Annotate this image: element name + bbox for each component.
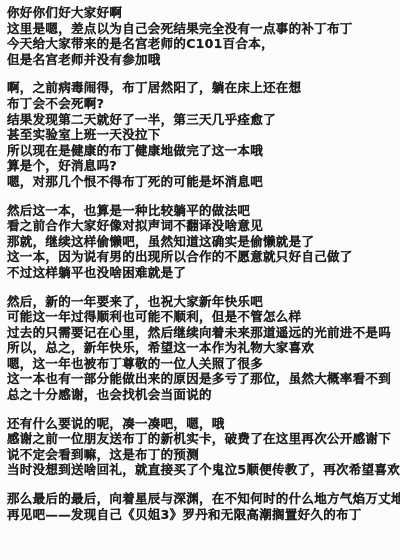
text-line: 然后这一本，也算是一种比较躺平的做法吧 — [7, 203, 396, 219]
text-line: 这一本，因为说有男的出现所以合作的不愿意就只好自己做了 — [7, 249, 396, 265]
text-line: 所以，总之，新年快乐，希望这一本作为礼物大家喜欢 — [7, 340, 396, 356]
text-line: 甚至实验室上班一天没拉下 — [7, 127, 396, 143]
text-line: 你好你们好大家好啊 — [7, 5, 396, 21]
text-line: 但是名宫老师并没有参加哦 — [7, 52, 396, 68]
text-line: 嗯，对那几个恨不得布丁死的可能是坏消息吧 — [7, 174, 396, 190]
text-line: 可能这一年过得顺利也可能不顺利，但是不管怎么样 — [7, 309, 396, 325]
text-line: 感谢之前一位朋友送布丁的新机实卡，破费了在这里再次公开感谢下 — [7, 431, 396, 447]
paragraph-illness: 啊，之前病毒闹得，布丁居然阳了，躺在床上还在想 布丁会不会死啊? 结果发现第二天… — [7, 80, 396, 189]
text-line: 这里是嗯，差点以为自己会死结果完全没有一点事的补丁布丁 — [7, 21, 396, 37]
document-page: 你好你们好大家好啊 这里是嗯，差点以为自己会死结果完全没有一点事的补丁布丁 今天… — [0, 0, 400, 560]
text-line: 布丁会不会死啊? — [7, 96, 396, 112]
text-line: 说不定会看到嘛，这是布丁的预测 — [7, 447, 396, 463]
paragraph-farewell: 那么最后的最后，向着星辰与深渊，在不知何时的什么地方气焰万丈地 再见吧——发现自… — [7, 491, 396, 522]
paragraph-greeting: 你好你们好大家好啊 这里是嗯，差点以为自己会死结果完全没有一点事的补丁布丁 今天… — [7, 5, 396, 67]
text-line: 今天给大家带来的是名宫老师的C101百合本， — [7, 36, 396, 52]
text-line: 那就，继续这样偷懒吧，虽然知道这确实是偷懒就是了 — [7, 234, 396, 250]
text-line: 啊，之前病毒闹得，布丁居然阳了，躺在床上还在想 — [7, 80, 396, 96]
text-line: 不过这样躺平也没啥困难就是了 — [7, 265, 396, 281]
text-line: 然后，新的一年要来了，也祝大家新年快乐吧 — [7, 294, 396, 310]
text-line: 算是个，好消息吗? — [7, 158, 396, 174]
text-line: 结果发现第二天就好了一半，第三天几乎痊愈了 — [7, 112, 396, 128]
paragraph-this-book: 然后这一本，也算是一种比较躺平的做法吧 看之前合作大家好像对拟声词不翻译没啥意见… — [7, 203, 396, 281]
text-line: 嗯，这一年也被布丁尊敬的一位人关照了很多 — [7, 356, 396, 372]
paragraph-thanks-friend: 还有什么要说的呢，凑一凑吧，嗯，哦 感谢之前一位朋友送布丁的新机实卡，破费了在这… — [7, 416, 396, 478]
text-line: 当时没想到送啥回礼，就直接买了个鬼泣5顺便传教了，再次希望喜欢 — [7, 462, 396, 478]
text-line: 所以现在是健康的布丁健康地做完了这一本哦 — [7, 143, 396, 159]
text-line: 还有什么要说的呢，凑一凑吧，嗯，哦 — [7, 416, 396, 432]
text-line: 这一本也有一部分能做出来的原因是多亏了那位，虽然大概率看不到 — [7, 371, 396, 387]
text-line: 看之前合作大家好像对拟声词不翻译没啥意见 — [7, 218, 396, 234]
text-line: 总之十分感谢，也会找机会当面说的 — [7, 387, 396, 403]
text-line: 过去的只需要记在心里，然后继续向着未来那道遥远的光前进不是吗 — [7, 325, 396, 341]
paragraph-new-year: 然后，新的一年要来了，也祝大家新年快乐吧 可能这一年过得顺利也可能不顺利，但是不… — [7, 294, 396, 403]
text-line: 那么最后的最后，向着星辰与深渊，在不知何时的什么地方气焰万丈地 — [7, 491, 396, 507]
text-line: 再见吧——发现自己《贝姐3》罗丹和无限高潮搁置好久的布丁 — [7, 507, 396, 523]
